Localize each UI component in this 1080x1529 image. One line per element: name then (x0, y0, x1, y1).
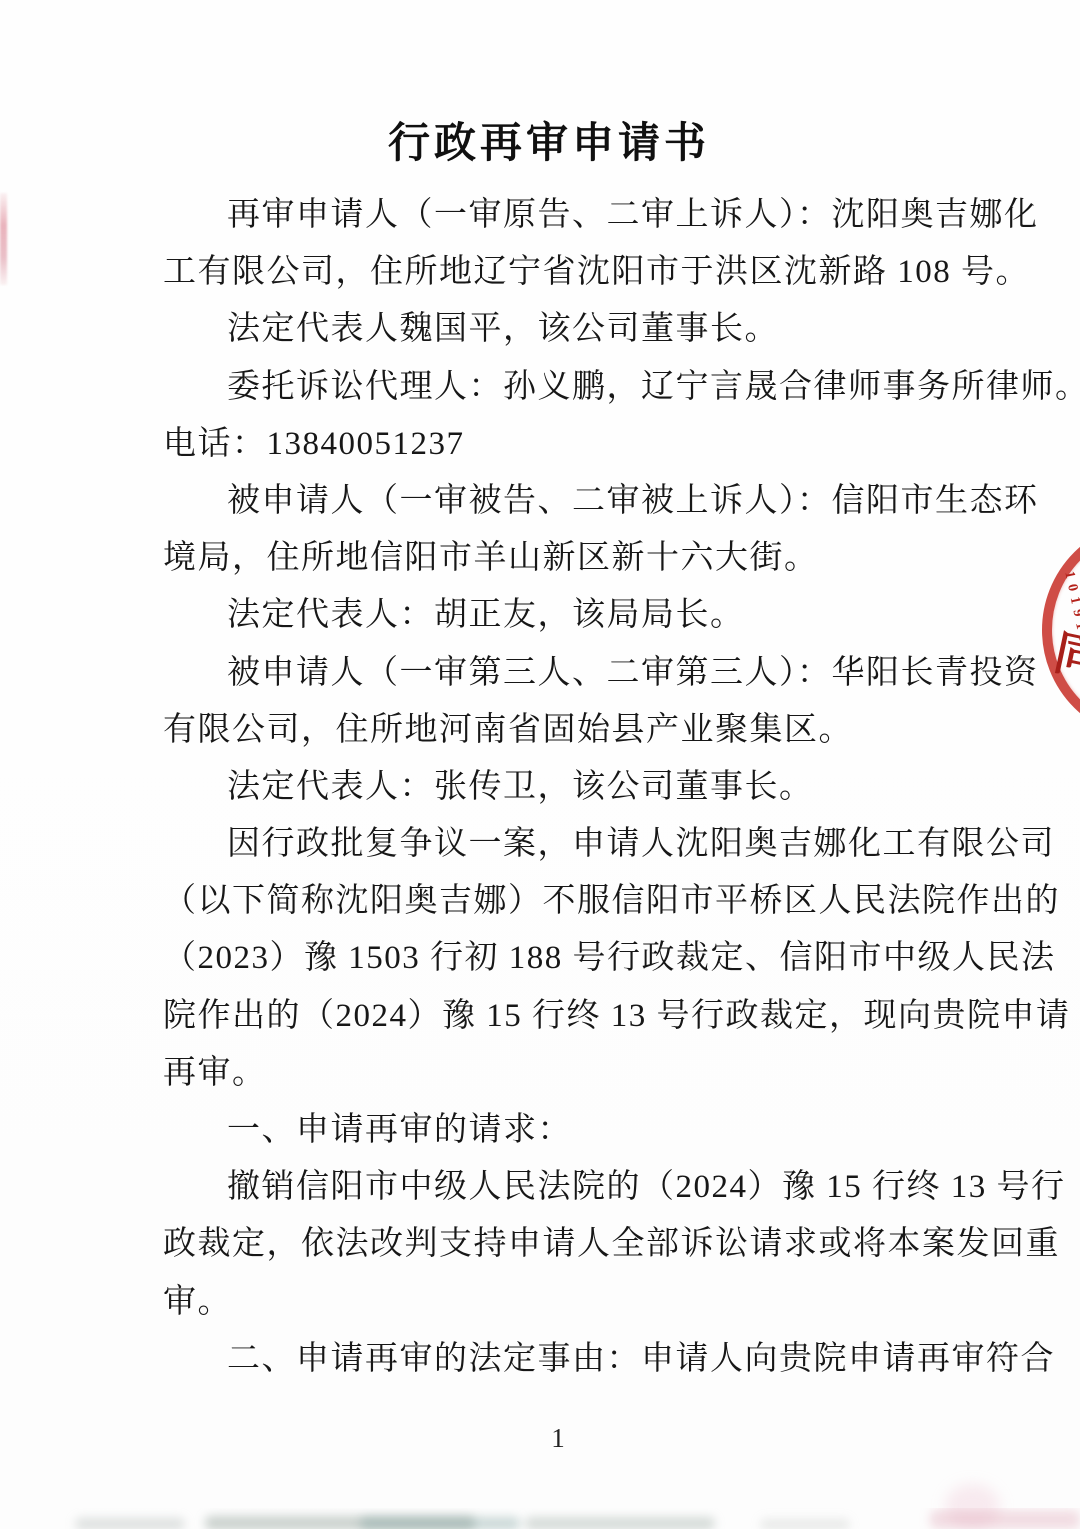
document-line: 法定代表人：胡正友，该局局长。 (163, 587, 953, 644)
blur-blob (525, 1517, 715, 1529)
document-line: 撤销信阳市中级人民法院的（2024）豫 15 行终 13 号行 (163, 1159, 953, 1216)
document-line: （以下简称沈阳奥吉娜）不服信阳市平桥区人民法院作出的 (163, 873, 953, 930)
document-line: 被申请人（一审被告、二审被上诉人）：信阳市生态环 (163, 473, 953, 530)
document-line: 再审。 (163, 1045, 953, 1102)
document-line: 有限公司，住所地河南省固始县产业聚集区。 (163, 702, 953, 759)
document-line: 工有限公司，住所地辽宁省沈阳市于洪区沈新路 108 号。 (163, 244, 953, 301)
blur-blob (360, 1517, 520, 1529)
document-line: 境局，住所地信阳市羊山新区新十六大街。 (163, 530, 953, 587)
blur-blob (930, 1510, 1080, 1529)
document-line: 电话：13840051237 (163, 416, 953, 473)
document-body: 再审申请人（一审原告、二审上诉人）：沈阳奥吉娜化工有限公司，住所地辽宁省沈阳市于… (163, 187, 953, 1388)
document-line: 一、申请再审的请求： (163, 1102, 953, 1159)
document-line: 被申请人（一审第三人、二审第三人）：华阳长青投资 (163, 645, 953, 702)
document-line: （2023）豫 1503 行初 188 号行政裁定、信阳市中级人民法 (163, 930, 953, 987)
document-line: 院作出的（2024）豫 15 行终 13 号行政裁定，现向贵院申请 (163, 988, 953, 1045)
blur-blob (760, 1519, 850, 1529)
document-line: 法定代表人魏国平，该公司董事长。 (163, 301, 953, 358)
document-line: 政裁定，依法改判支持申请人全部诉讼请求或将本案发回重 (163, 1216, 953, 1273)
document-line: 因行政批复争议一案，申请人沈阳奥吉娜化工有限公司 (163, 816, 953, 873)
document-title: 行政再审申请书 (163, 114, 935, 174)
next-page-edge-preview (0, 1508, 1080, 1529)
document-line: 法定代表人：张传卫，该公司董事长。 (163, 759, 953, 816)
document-line: 委托诉讼代理人：孙义鹏，辽宁言晟合律师事务所律师。 (163, 359, 953, 416)
scan-edge-artifact (0, 193, 7, 285)
document-line: 审。 (163, 1274, 953, 1331)
document-line: 再审申请人（一审原告、二审上诉人）：沈阳奥吉娜化 (163, 187, 953, 244)
page-number: 1 (163, 1422, 953, 1454)
document-line: 二、申请再审的法定事由：申请人向贵院申请再审符合 (163, 1331, 953, 1388)
blur-blob (75, 1518, 185, 1529)
scanned-document-page: 行政再审申请书 再审申请人（一审原告、二审上诉人）：沈阳奥吉娜化工有限公司，住所… (0, 0, 1080, 1529)
